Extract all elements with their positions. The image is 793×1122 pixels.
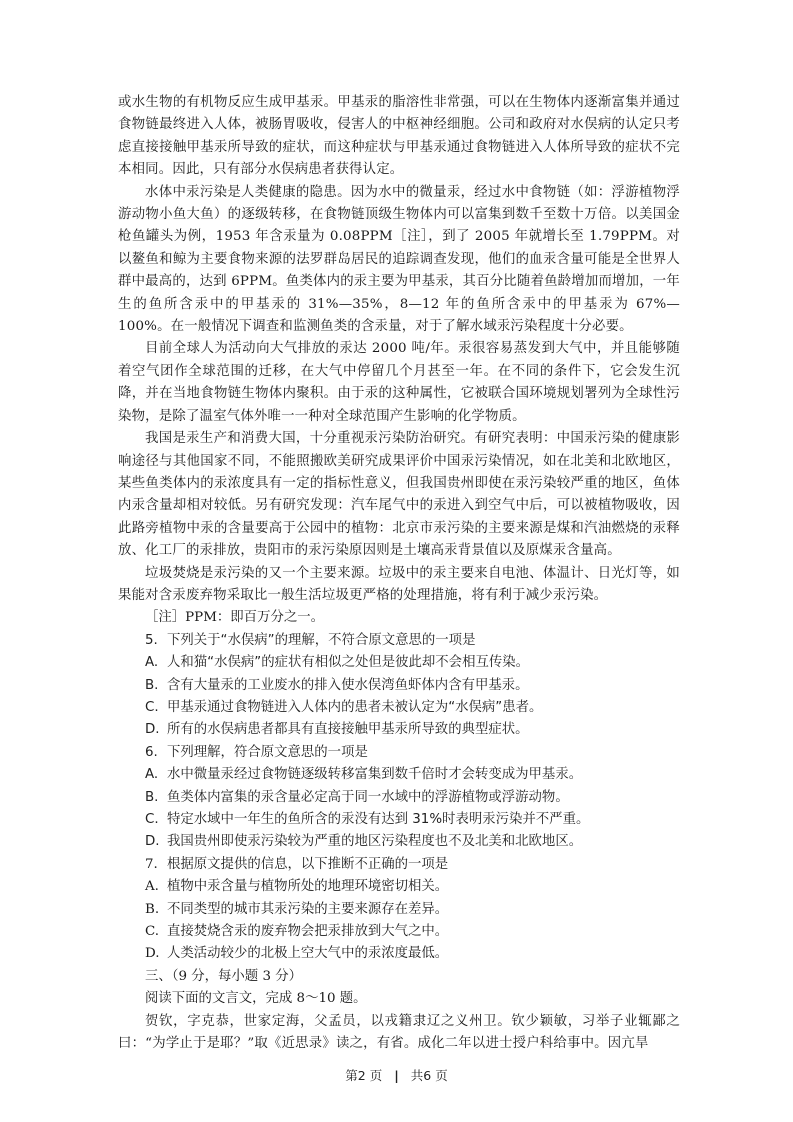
option-a: A.水中微量汞经过食物链逐级转移富集到数千倍时才会转变成为甲基汞。 [118, 764, 680, 786]
question-stem: 7.根据原文提供的信息，以下推断不正确的一项是 [118, 854, 680, 876]
option-b: B.鱼类体内富集的汞含量必定高于同一水域中的浮游植物或浮游动物。 [118, 787, 680, 809]
option-text: 含有大量汞的工业废水的排入使水俣湾鱼虾体内含有甲基汞。 [167, 678, 529, 693]
option-text: 水中微量汞经过食物链逐级转移富集到数千倍时才会转变成为甲基汞。 [167, 767, 582, 782]
reading-passage: 或水生物的有机物反应生成甲基汞。甲基汞的脂溶性非常强，可以在生物体内逐渐富集并通… [118, 92, 680, 630]
question-text: 根据原文提供的信息，以下推断不正确的一项是 [167, 857, 448, 872]
passage-footnote: ［注］PPM：即百万分之一。 [118, 607, 680, 629]
option-label: B. [145, 675, 167, 697]
passage-paragraph-1: 或水生物的有机物反应生成甲基汞。甲基汞的脂溶性非常强，可以在生物体内逐渐富集并通… [118, 92, 680, 182]
option-label: D. [145, 831, 167, 853]
option-c: C.甲基汞通过食物链进入人体内的患者未被认定为“水俣病”患者。 [118, 697, 680, 719]
option-a: A.植物中汞含量与植物所处的地理环境密切相关。 [118, 876, 680, 898]
passage-paragraph-4: 我国是汞生产和消费大国，十分重视汞污染防治研究。有研究表明：中国汞污染的健康影响… [118, 428, 680, 562]
option-d: D.所有的水俣病患者都具有直接接触甲基汞所导致的典型症状。 [118, 719, 680, 741]
question-number: 7. [145, 854, 167, 876]
option-b: B.不同类型的城市其汞污染的主要来源存在差异。 [118, 899, 680, 921]
option-label: C. [145, 921, 167, 943]
question-5: 5.下列关于“水俣病”的理解，不符合原文意思的一项是 A.人和猫“水俣病”的症状… [118, 630, 680, 742]
option-text: 鱼类体内富集的汞含量必定高于同一水域中的浮游植物或浮游动物。 [167, 790, 569, 805]
document-page: 或水生物的有机物反应生成甲基汞。甲基汞的脂溶性非常强，可以在生物体内逐渐富集并通… [0, 0, 793, 1122]
option-c: C.特定水域中一年生的鱼所含的汞没有达到 31%时表明汞污染并不严重。 [118, 809, 680, 831]
option-text: 特定水域中一年生的鱼所含的汞没有达到 31%时表明汞污染并不严重。 [167, 812, 589, 827]
page-current: 第2 页 [345, 1068, 382, 1083]
option-d: D.人类活动较少的北极上空大气中的汞浓度最低。 [118, 943, 680, 965]
question-text: 下列理解，符合原文意思的一项是 [167, 745, 368, 760]
section-instruction: 阅读下面的文言文，完成 8～10 题。 [118, 988, 680, 1010]
passage-paragraph-5: 垃圾焚烧是汞污染的又一个主要来源。垃圾中的汞主要来自电池、体温计、日光灯等，如果… [118, 563, 680, 608]
option-label: B. [145, 899, 167, 921]
option-text: 植物中汞含量与植物所处的地理环境密切相关。 [167, 879, 448, 894]
option-label: D. [145, 719, 167, 741]
option-label: A. [145, 652, 167, 674]
option-label: C. [145, 697, 167, 719]
question-stem: 5.下列关于“水俣病”的理解，不符合原文意思的一项是 [118, 630, 680, 652]
option-label: D. [145, 943, 167, 965]
page-total: 共6 页 [411, 1068, 448, 1083]
question-6: 6.下列理解，符合原文意思的一项是 A.水中微量汞经过食物链逐级转移富集到数千倍… [118, 742, 680, 854]
question-7: 7.根据原文提供的信息，以下推断不正确的一项是 A.植物中汞含量与植物所处的地理… [118, 854, 680, 966]
option-text: 人和猫“水俣病”的症状有相似之处但是彼此却不会相互传染。 [167, 655, 529, 670]
option-b: B.含有大量汞的工业废水的排入使水俣湾鱼虾体内含有甲基汞。 [118, 675, 680, 697]
option-label: A. [145, 876, 167, 898]
option-text: 我国贵州即使汞污染较为严重的地区污染程度也不及北美和北欧地区。 [167, 834, 582, 849]
question-number: 6. [145, 742, 167, 764]
classical-passage: 贺钦，字克恭，世家定海，父孟员，以戎籍隶辽之义州卫。钦少颖敏，习举子业辄鄙之曰：… [118, 1011, 680, 1056]
option-a: A.人和猫“水俣病”的症状有相似之处但是彼此却不会相互传染。 [118, 652, 680, 674]
option-text: 人类活动较少的北极上空大气中的汞浓度最低。 [167, 946, 448, 961]
option-text: 所有的水俣病患者都具有直接接触甲基汞所导致的典型症状。 [167, 722, 529, 737]
option-label: B. [145, 787, 167, 809]
passage-paragraph-2: 水体中汞污染是人类健康的隐患。因为水中的微量汞，经过水中食物链（如：浮游植物浮游… [118, 182, 680, 339]
option-text: 不同类型的城市其汞污染的主要来源存在差异。 [167, 902, 448, 917]
question-stem: 6.下列理解，符合原文意思的一项是 [118, 742, 680, 764]
option-c: C.直接焚烧含汞的废弃物会把汞排放到大气之中。 [118, 921, 680, 943]
option-text: 直接焚烧含汞的废弃物会把汞排放到大气之中。 [167, 924, 448, 939]
page-content: 或水生物的有机物反应生成甲基汞。甲基汞的脂溶性非常强，可以在生物体内逐渐富集并通… [118, 92, 680, 1055]
option-label: A. [145, 764, 167, 786]
passage-paragraph-3: 目前全球人为活动向大气排放的汞达 2000 吨/年。汞很容易蒸发到大气中，并且能… [118, 338, 680, 428]
option-text: 甲基汞通过食物链进入人体内的患者未被认定为“水俣病”患者。 [167, 700, 542, 715]
page-footer: 第2 页 | 共6 页 [0, 1066, 793, 1084]
section-heading: 三、（9 分，每小题 3 分） [118, 966, 680, 988]
option-d: D.我国贵州即使汞污染较为严重的地区污染程度也不及北美和北欧地区。 [118, 831, 680, 853]
footer-separator: | [394, 1068, 399, 1083]
section-3: 三、（9 分，每小题 3 分） 阅读下面的文言文，完成 8～10 题。 贺钦，字… [118, 966, 680, 1056]
question-text: 下列关于“水俣病”的理解，不符合原文意思的一项是 [167, 633, 475, 648]
question-number: 5. [145, 630, 167, 652]
option-label: C. [145, 809, 167, 831]
